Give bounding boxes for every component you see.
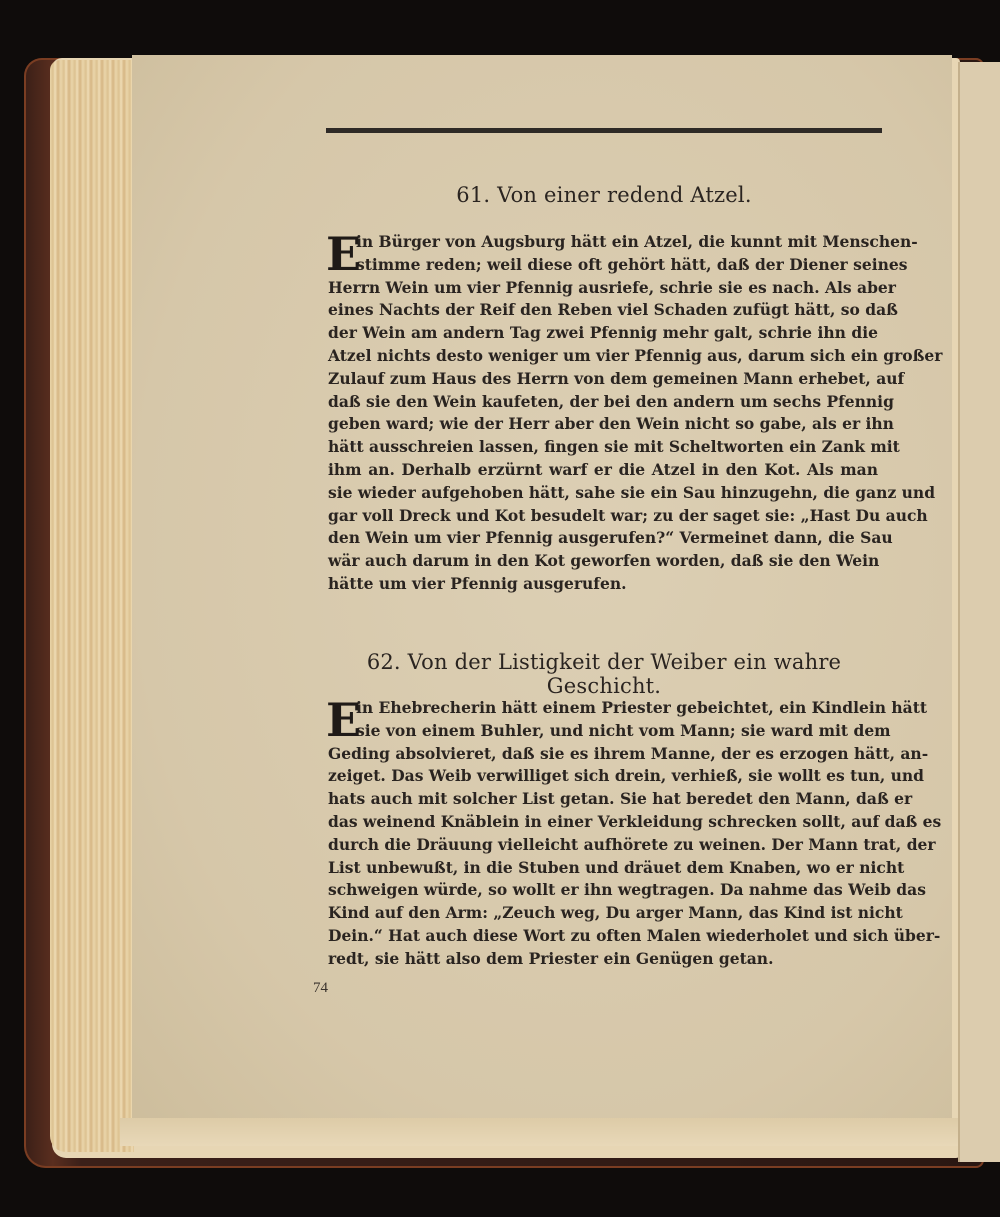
section-body-62: E in Ehebrecherin hätt einem Priester ge…	[328, 697, 878, 971]
text-line: sie wieder aufgehoben hätt, sahe sie ein…	[328, 482, 878, 505]
text-line: den Wein um vier Pfennig ausgerufen?“ Ve…	[328, 527, 878, 550]
text-line: ihm an. Derhalb erzürnt warf er die Atze…	[328, 459, 878, 482]
drop-cap: E	[326, 232, 361, 276]
text-line: in Ehebrecherin hätt einem Priester gebe…	[328, 697, 878, 720]
text-line: stimme reden; weil diese oft gehört hätt…	[328, 254, 878, 277]
text-line: List unbewußt, in die Stuben und dräuet …	[328, 857, 878, 880]
page-number: 74	[313, 980, 328, 997]
text-line: Zulauf zum Haus des Herrn von dem gemein…	[328, 368, 878, 391]
page-edges	[50, 60, 134, 1152]
text-line: das weinend Knäblein in einer Verkleidun…	[328, 811, 878, 834]
text-line: Kind auf den Arm: „Zeuch weg, Du arger M…	[328, 902, 878, 925]
text-line: hätte um vier Pfennig ausgerufen.	[328, 573, 878, 596]
text-line: geben ward; wie der Herr aber den Wein n…	[328, 413, 878, 436]
text-line: durch die Dräuung vielleicht aufhörete z…	[328, 834, 878, 857]
text-line: hats auch mit solcher List getan. Sie ha…	[328, 788, 878, 811]
text-line: redt, sie hätt also dem Priester ein Gen…	[328, 948, 878, 971]
header-rule	[326, 128, 882, 133]
text-line: daß sie den Wein kaufeten, der bei den a…	[328, 391, 878, 414]
text-line: zeiget. Das Weib verwilliget sich drein,…	[328, 765, 878, 788]
text-line: Geding absolvieret, daß sie es ihrem Man…	[328, 743, 878, 766]
facing-page	[958, 62, 1000, 1162]
text-line: eines Nachts der Reif den Reben viel Sch…	[328, 299, 878, 322]
text-line: wär auch darum in den Kot geworfen worde…	[328, 550, 878, 573]
text-line: sie von einem Buhler, und nicht vom Mann…	[328, 720, 878, 743]
text-line: gar voll Dreck und Kot besudelt war; zu …	[328, 505, 878, 528]
text-line: hätt ausschreien lassen, fingen sie mit …	[328, 436, 878, 459]
section-body-61: E in Bürger von Augsburg hätt ein Atzel,…	[328, 231, 878, 596]
text-line: schweigen würde, so wollt er ihn wegtrag…	[328, 879, 878, 902]
text-line: in Bürger von Augsburg hätt ein Atzel, d…	[328, 231, 878, 254]
section-title-61: 61. Von einer redend Atzel.	[326, 183, 882, 207]
text-line: Atzel nichts desto weniger um vier Pfenn…	[328, 345, 878, 368]
text-line: Herrn Wein um vier Pfennig ausriefe, sch…	[328, 277, 878, 300]
drop-cap: E	[326, 698, 361, 742]
page-bottom-edge	[120, 1118, 960, 1146]
text-line: der Wein am andern Tag zwei Pfennig mehr…	[328, 322, 878, 345]
section-title-62: 62. Von der Listigkeit der Weiber ein wa…	[326, 650, 882, 698]
text-line: Dein.“ Hat auch diese Wort zu often Male…	[328, 925, 878, 948]
